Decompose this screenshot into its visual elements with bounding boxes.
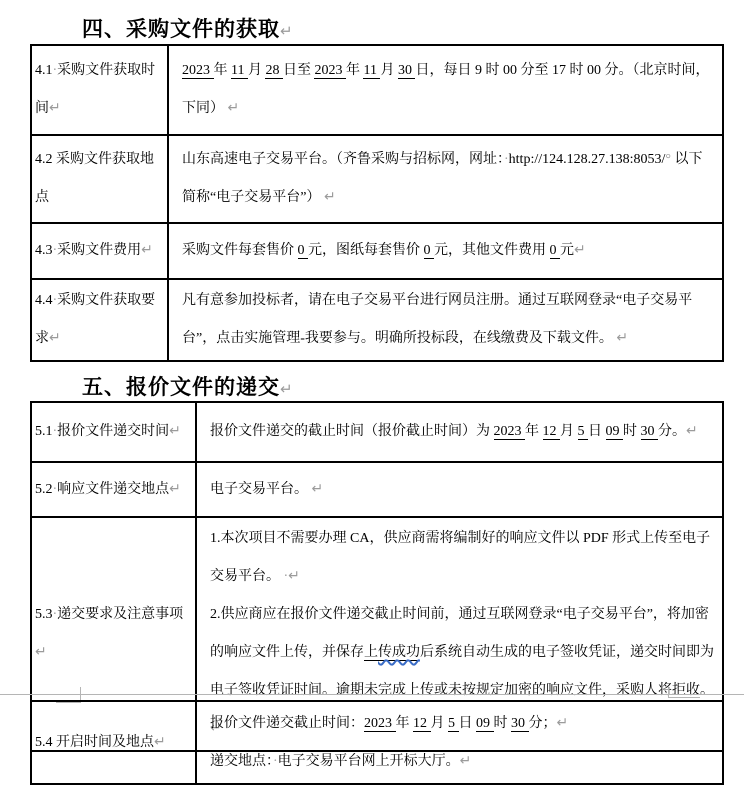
opening-time-text[interactable]: 报价文件递交截止时间：2023 年 12 月 5 日 09 时 30 分；↵ (210, 705, 716, 743)
row-label-4-4[interactable]: 4.4·采购文件获取要求↵ (35, 282, 165, 358)
procurement-acquisition-table: 4.1·采购文件获取时间↵ 2023 年 11 月 28 日至 2023 年 1… (30, 44, 724, 362)
row-label-cell[interactable]: 4.1·采购文件获取时间↵ (31, 45, 168, 135)
row-label-cell[interactable]: 4.2 采购文件获取地点 (31, 135, 168, 223)
submission-note-item-1[interactable]: 1.本次项目不需要办理 CA，供应商需将编制好的响应文件以 PDF 形式上传至电… (210, 520, 716, 596)
row-label-cell[interactable]: 5.2·响应文件递交地点↵ (31, 462, 196, 517)
row-content-cell[interactable]: 报价文件递交的截止时间（报价截止时间）为 2023 年 12 月 5 日 09 … (196, 402, 723, 462)
acquisition-time-text[interactable]: 2023 年 11 月 28 日至 2023 年 11 月 30 日，每日 9 … (182, 52, 716, 128)
section-heading-quotation-doc-submission[interactable]: 五、报价文件的递交↵ (82, 371, 293, 401)
row-content-cell[interactable]: 凡有意参加投标者，请在电子交易平台进行网员注册。通过互联网登录“电子交易平台”，… (168, 279, 723, 361)
row-content-cell[interactable]: 采购文件每套售价 0 元，图纸每套售价 0 元，其他文件费用 0 元↵ (168, 223, 723, 279)
row-label-4-2[interactable]: 4.2 采购文件获取地点 (35, 141, 165, 217)
quotation-submission-table-continued: 5.4 开启时间及地点↵ 报价文件递交截止时间：2023 年 12 月 5 日 … (30, 700, 724, 785)
row-content-cell[interactable]: 报价文件递交截止时间：2023 年 12 月 5 日 09 时 30 分；↵ 递… (196, 701, 723, 784)
row-label-4-3[interactable]: 4.3·采购文件费用↵ (35, 232, 165, 270)
row-label-5-4[interactable]: 5.4 开启时间及地点↵ (35, 724, 193, 762)
acquisition-requirement-text[interactable]: 凡有意参加投标者，请在电子交易平台进行网员注册。通过互联网登录“电子交易平台”，… (182, 282, 716, 358)
response-doc-place-text[interactable]: 电子交易平台。 ↵ (210, 471, 716, 509)
opening-place-text[interactable]: 递交地点：·电子交易平台网上开标大厅。↵ (210, 743, 716, 781)
table-row-5-1: 5.1·报价文件递交时间↵ 报价文件递交的截止时间（报价截止时间）为 2023 … (31, 402, 723, 462)
table-row-4-3: 4.3·采购文件费用↵ 采购文件每套售价 0 元，图纸每套售价 0 元，其他文件… (31, 223, 723, 279)
row-label-4-1[interactable]: 4.1·采购文件获取时间↵ (35, 52, 165, 128)
row-label-cell[interactable]: 4.4·采购文件获取要求↵ (31, 279, 168, 361)
row-label-cell[interactable]: 5.1·报价文件递交时间↵ (31, 402, 196, 462)
row-label-5-2[interactable]: 5.2·响应文件递交地点↵ (35, 471, 193, 509)
row-label-5-3[interactable]: 5.3·递交要求及注意事项↵ (35, 596, 193, 672)
table-row-4-1: 4.1·采购文件获取时间↵ 2023 年 11 月 28 日至 2023 年 1… (31, 45, 723, 135)
table-row-4-4: 4.4·采购文件获取要求↵ 凡有意参加投标者，请在电子交易平台进行网员注册。通过… (31, 279, 723, 361)
document-page: 四、采购文件的获取↵ 4.1·采购文件获取时间↵ 2023 年 11 月 28 … (0, 0, 744, 800)
row-content-cell[interactable]: 山东高速电子交易平台。（齐鲁采购与招标网，网址：·http://124.128.… (168, 135, 723, 223)
table-row-5-4: 5.4 开启时间及地点↵ 报价文件递交截止时间：2023 年 12 月 5 日 … (31, 701, 723, 784)
acquisition-place-text[interactable]: 山东高速电子交易平台。（齐鲁采购与招标网，网址：·http://124.128.… (182, 141, 716, 217)
section-heading-procurement-doc-acquisition[interactable]: 四、采购文件的获取↵ (82, 13, 293, 43)
row-content-cell[interactable]: 2023 年 11 月 28 日至 2023 年 11 月 30 日，每日 9 … (168, 45, 723, 135)
row-label-cell[interactable]: 5.4 开启时间及地点↵ (31, 701, 196, 784)
row-label-cell[interactable]: 4.3·采购文件费用↵ (31, 223, 168, 279)
submission-deadline-text[interactable]: 报价文件递交的截止时间（报价截止时间）为 2023 年 12 月 5 日 09 … (210, 413, 716, 451)
row-content-cell[interactable]: 电子交易平台。 ↵ (196, 462, 723, 517)
table-row-5-2: 5.2·响应文件递交地点↵ 电子交易平台。 ↵ (31, 462, 723, 517)
row-label-5-1[interactable]: 5.1·报价文件递交时间↵ (35, 413, 193, 451)
table-row-4-2: 4.2 采购文件获取地点 山东高速电子交易平台。（齐鲁采购与招标网，网址：·ht… (31, 135, 723, 223)
document-fee-text[interactable]: 采购文件每套售价 0 元，图纸每套售价 0 元，其他文件费用 0 元↵ (182, 232, 716, 270)
